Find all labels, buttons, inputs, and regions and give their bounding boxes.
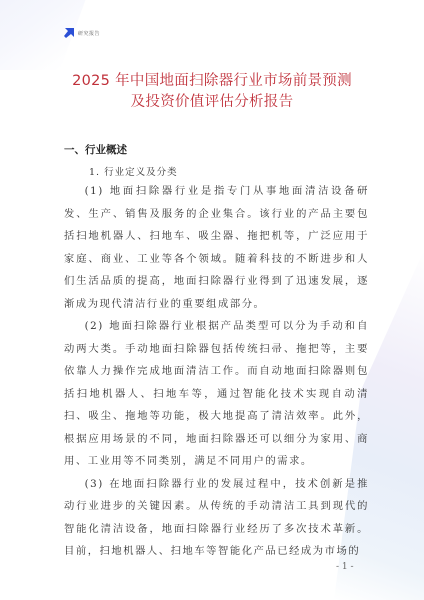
document-title: 2025 年中国地面扫除器行业市场前景预测 及投资价值评估分析报告: [0, 71, 424, 113]
paragraph-2: (2) 地面扫除器行业根据产品类型可以分为手动和自动两大类。手动地面扫除器包括传…: [64, 315, 369, 473]
paragraph-1: (1) 地面扫除器行业是指专门从事地面清洁设备研发、生产、销售及服务的企业集合。…: [64, 180, 369, 315]
report-header: 研究报告: [64, 28, 100, 38]
title-line-1: 2025 年中国地面扫除器行业市场前景预测: [0, 71, 424, 92]
paragraph-3: (3) 在地面扫除器行业的发展过程中，技术创新是推动行业进步的关键因素。从传统的…: [64, 473, 369, 563]
arrow-up-right-icon: [64, 28, 74, 38]
subsection-heading: 1. 行业定义及分类: [89, 164, 178, 178]
body-text: (1) 地面扫除器行业是指专门从事地面清洁设备研发、生产、销售及服务的企业集合。…: [64, 180, 369, 563]
section-heading: 一、行业概述: [64, 142, 127, 157]
page-number: - 1 -: [336, 562, 354, 572]
title-line-2: 及投资价值评估分析报告: [0, 92, 424, 113]
header-label: 研究报告: [78, 30, 100, 37]
